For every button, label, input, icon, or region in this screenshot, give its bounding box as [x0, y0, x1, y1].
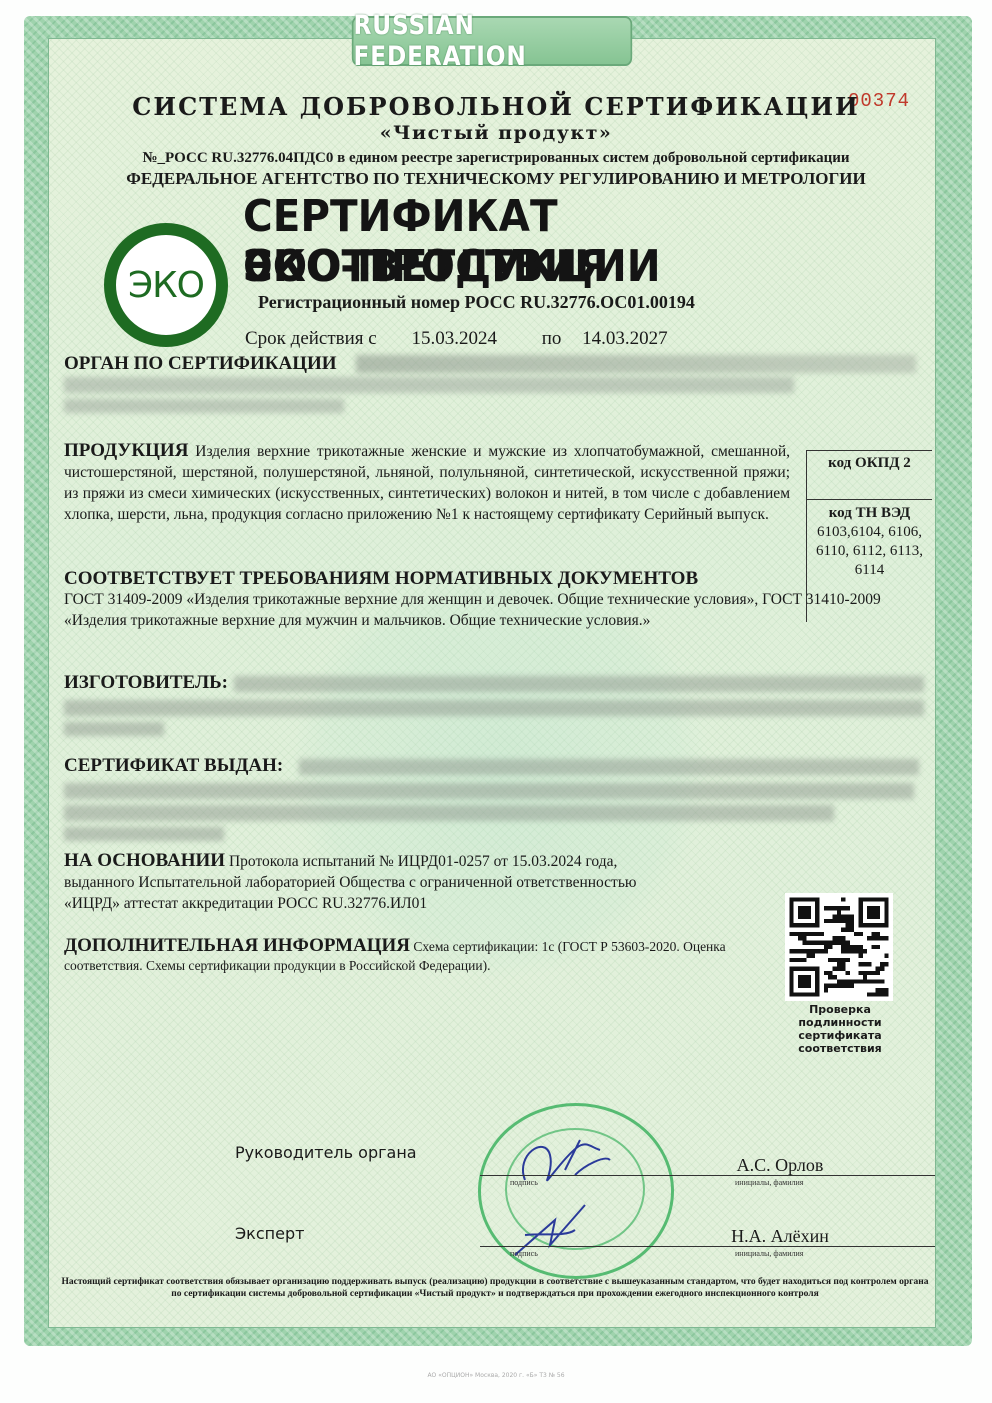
expert-name: Н.А. Алёхин [700, 1226, 860, 1247]
section-heading: ИЗГОТОВИТЕЛЬ: [64, 672, 228, 693]
name-hint: инициалы, фамилия [735, 1249, 803, 1258]
printer-imprint: АО «ОПЦИОН» Москва, 2020 г. «Б» Т3 № 56 [0, 1372, 992, 1379]
registry-line: №_РОСС RU.32776.04ПДС0 в едином реестре … [0, 150, 992, 167]
footer-note: Настоящий сертификат соответствия обязыв… [60, 1276, 930, 1300]
compliance-text: ГОСТ 31409-2009 «Изделия трикотажные вер… [64, 591, 881, 629]
section-heading: ОРГАН ПО СЕРТИФИКАЦИИ [64, 353, 337, 374]
section-compliance: СООТВЕТСТВУЕТ ТРЕБОВАНИЯМ НОРМАТИВНЫХ ДО… [64, 568, 914, 631]
section-certification-body: ОРГАН ПО СЕРТИФИКАЦИИ [64, 353, 924, 375]
validity-to-label: по [542, 328, 562, 350]
redacted-block [64, 827, 224, 841]
eco-logo-text: ЭКО [128, 265, 204, 306]
redacted-block [356, 355, 916, 373]
section-heading: НА ОСНОВАНИИ [64, 850, 225, 871]
section-heading: СООТВЕТСТВУЕТ ТРЕБОВАНИЯМ НОРМАТИВНЫХ ДО… [64, 568, 914, 589]
eco-logo-icon: ЭКО [104, 223, 228, 347]
valid-to: 14.03.2027 [582, 328, 668, 350]
section-heading: СЕРТИФИКАТ ВЫДАН: [64, 755, 283, 776]
valid-from: 15.03.2024 [411, 328, 497, 350]
qr-code[interactable] [785, 893, 893, 1001]
okpd-label: код ОКПД 2 [807, 455, 932, 472]
redacted-block [64, 805, 834, 821]
tnved-label: код ТН ВЭД [807, 504, 932, 523]
name-hint: инициалы, фамилия [735, 1178, 803, 1187]
section-additional-info: ДОПОЛНИТЕЛЬНАЯ ИНФОРМАЦИЯ Схема сертифик… [64, 936, 764, 975]
redacted-block [299, 759, 919, 775]
system-name: «Чистый продукт» [0, 122, 992, 144]
redacted-block [64, 722, 164, 736]
validity-period: Срок действия с 15.03.2024 по 14.03.2027 [245, 328, 668, 350]
redacted-block [64, 700, 924, 716]
section-heading: ПРОДУКЦИЯ [64, 440, 188, 461]
signature-hint: подпись [510, 1178, 538, 1187]
section-product: ПРОДУКЦИЯ Изделия верхние трикотажные же… [64, 440, 790, 525]
section-issued-to: СЕРТИФИКАТ ВЫДАН: [64, 755, 924, 777]
signature-hint: подпись [510, 1249, 538, 1258]
qr-caption: Проверка подлинности сертификата соответ… [770, 1003, 910, 1055]
redacted-block [64, 399, 344, 413]
signature-marks [505, 1125, 625, 1265]
section-heading: ДОПОЛНИТЕЛЬНАЯ ИНФОРМАЦИЯ [64, 935, 410, 956]
agency-name: ФЕДЕРАЛЬНОЕ АГЕНТСТВО ПО ТЕХНИЧЕСКОМУ РЕ… [0, 169, 992, 189]
head-of-body-label: Руководитель органа [235, 1143, 417, 1162]
section-basis: НА ОСНОВАНИИ Протокола испытаний № ИЦРД0… [64, 850, 664, 914]
russian-federation-badge: RUSSIAN FEDERATION [352, 16, 632, 66]
redacted-block [234, 676, 924, 692]
redacted-block [64, 783, 914, 799]
redacted-block [64, 377, 794, 393]
certificate-title-line2: ЭКО-ПРОДУКЦИИ [243, 242, 661, 292]
head-of-body-name: А.С. Орлов [700, 1155, 860, 1176]
system-title: СИСТЕМА ДОБРОВОЛЬНОЙ СЕРТИФИКАЦИИ [0, 92, 992, 121]
registration-number: Регистрационный номер РОСС RU.32776.ОС01… [258, 292, 695, 313]
section-manufacturer: ИЗГОТОВИТЕЛЬ: [64, 672, 924, 694]
expert-label: Эксперт [235, 1224, 304, 1243]
validity-label: Срок действия с [245, 328, 377, 350]
